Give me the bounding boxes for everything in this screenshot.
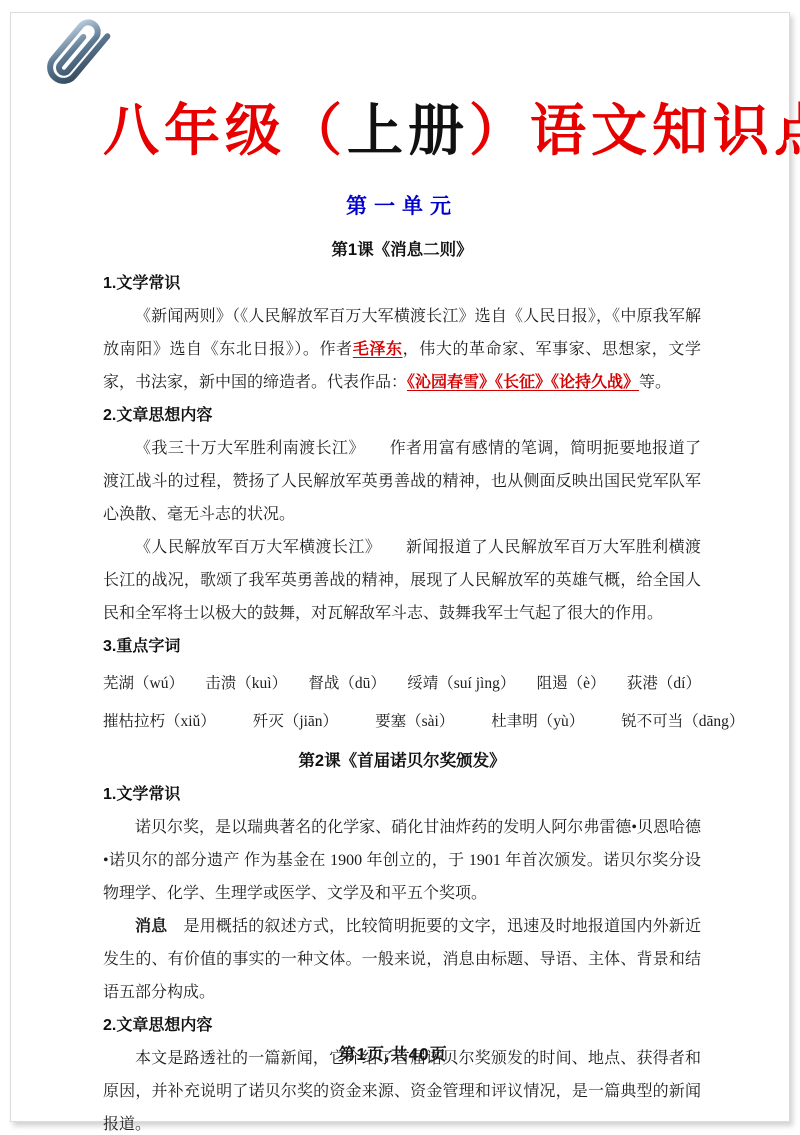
lesson1-content-paragraph-1: 《我三十万大军胜利南渡长江》 作者用富有感情的笔调，简明扼要地报道了渡江战斗的过…	[103, 432, 701, 531]
word-item: 杜聿明（yù）	[491, 709, 584, 731]
lesson2-message-definition-paragraph: 消息 是用概括的叙述方式，比较简明扼要的文字，迅速及时地报道国内外新近发生的、有…	[103, 910, 701, 1009]
lesson2-literary-paragraph: 诺贝尔奖，是以瑞典著名的化学家、硝化甘油炸药的发明人阿尔弗雷德•贝恩哈德•诺贝尔…	[103, 811, 701, 910]
paragraph-text: 是用概括的叙述方式，比较简明扼要的文字，迅速及时地报道国内外新近发生的、有价值的…	[103, 918, 701, 1001]
lesson2-heading: 第2课《首届诺贝尔奖颁发》	[103, 745, 701, 778]
document-body: 八年级（上册）语文知识点 第一单元 第1课《消息二则》 1.文学常识 《新闻两则…	[11, 99, 789, 1135]
lesson1-section2-title: 2.文章思想内容	[103, 399, 701, 432]
term-bold: 消息	[135, 918, 167, 935]
word-item: 荻港（dí）	[627, 671, 701, 693]
word-item: 督战（dū）	[308, 671, 386, 693]
word-item: 锐不可当（dāng）	[621, 709, 744, 731]
title-segment-red: 八年级（	[103, 101, 347, 163]
lesson2-section1-title: 1.文学常识	[103, 778, 701, 811]
lesson1-heading: 第1课《消息二则》	[103, 234, 701, 267]
lesson1-section1-title: 1.文学常识	[103, 267, 701, 300]
word-item: 绥靖（suí jìng）	[407, 671, 515, 693]
word-item: 摧枯拉朽（xiǔ）	[103, 709, 216, 731]
word-item: 芜湖（wú）	[103, 671, 184, 693]
unit-heading: 第一单元	[103, 192, 701, 221]
lesson1-literary-paragraph: 《新闻两则》（《人民解放军百万大军横渡长江》选自《人民日报》，《中原我军解放南阳…	[103, 300, 701, 399]
title-segment-red: ）语文知识点	[469, 101, 800, 163]
lesson2-section2-title: 2.文章思想内容	[103, 1009, 701, 1042]
word-item: 阻遏（è）	[537, 671, 606, 693]
paperclip-icon	[27, 5, 119, 109]
word-item: 歼灭（jiān）	[253, 709, 338, 731]
paragraph-text: 等。	[639, 374, 671, 391]
lesson1-content-paragraph-2: 《人民解放军百万大军横渡长江》 新闻报道了人民解放军百万大军胜利横渡长江的战况，…	[103, 531, 701, 630]
highlighted-works: 《沁园春雪》《长征》《论持久战》	[407, 374, 639, 391]
page-number-indicator: 第1页,共40页	[11, 1040, 776, 1065]
title-segment-black: 上册	[347, 101, 469, 163]
key-words-row-1: 芜湖（wú） 击溃（kuì） 督战（dū） 绥靖（suí jìng） 阻遏（è）…	[103, 663, 701, 701]
document-title: 八年级（上册）语文知识点	[103, 99, 701, 166]
word-item: 击溃（kuì）	[205, 671, 287, 693]
lesson1-section3-title: 3.重点字词	[103, 630, 701, 663]
document-page: 八年级（上册）语文知识点 第一单元 第1课《消息二则》 1.文学常识 《新闻两则…	[10, 12, 790, 1122]
word-item: 要塞（sài）	[375, 709, 454, 731]
highlighted-author: 毛泽东	[353, 341, 403, 358]
key-words-row-2: 摧枯拉朽（xiǔ） 歼灭（jiān） 要塞（sài） 杜聿明（yù） 锐不可当（…	[103, 701, 701, 739]
